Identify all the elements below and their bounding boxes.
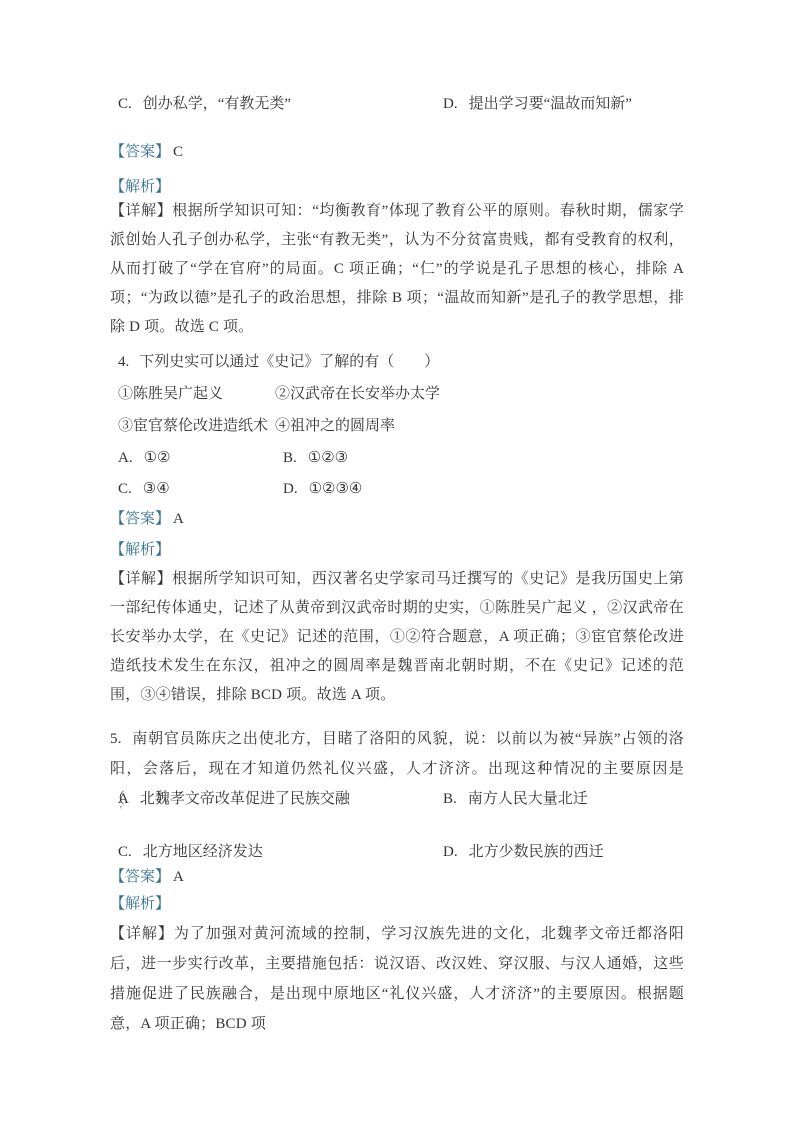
q4-item-4: ④祖冲之的圆周率: [275, 415, 395, 437]
q4-question-text: 下列史实可以通过《史记》了解的有（ ）: [139, 354, 439, 370]
q4-option-a-text: ①②: [144, 450, 171, 466]
q3-answer-label: 【答案】: [110, 144, 170, 160]
q4-option-b-text: ①②③: [308, 450, 348, 466]
q5-option-c-label: C.: [118, 844, 132, 860]
q5-analysis-row: 【解析】: [110, 893, 688, 915]
q5-options-row-ab: A北魏孝文帝改革促进了民族交融 B.南方人民大量北迁: [110, 788, 688, 810]
q5-option-d-label: D.: [443, 844, 458, 860]
q3-analysis-row: 【解析】: [110, 176, 688, 198]
q4-answer-value: A: [173, 511, 184, 527]
q4-number: 4.: [118, 354, 129, 370]
q5-option-b-text: 南方人民大量北迁: [468, 791, 588, 807]
q4-question: 4.下列史实可以通过《史记》了解的有（ ）: [118, 351, 439, 373]
q5-answer-value: A: [173, 869, 184, 885]
q4-options-row-ab: A.①② B.①②③: [110, 447, 688, 469]
q4-option-b: B.①②③: [283, 447, 348, 469]
q4-option-a-label: A.: [118, 450, 133, 466]
q4-question-row: 4.下列史实可以通过《史记》了解的有（ ）: [110, 351, 688, 373]
q4-option-c: C.③④: [118, 478, 170, 500]
q4-option-a: A.①②: [118, 447, 171, 469]
q4-items-row-2: ③宦官蔡伦改进造纸术 ④祖冲之的圆周率: [110, 415, 688, 437]
q5-detail-paragraph: 【详解】为了加强对黄河流域的控制，学习汉族先进的文化，北魏孝文帝迁都洛阳后，进一…: [110, 919, 684, 1039]
q4-option-c-label: C.: [118, 481, 132, 497]
q3-detail-paragraph: 【详解】根据所学知识可知：“均衡教育”体现了教育公平的原则。春秋时期，儒家学派创…: [110, 197, 684, 342]
q5-option-a: A北魏孝文帝改革促进了民族交融: [118, 788, 350, 810]
q3-option-c: C.创办私学，“有教无类”: [118, 93, 291, 115]
q4-option-c-text: ③④: [143, 481, 170, 497]
q4-detail-paragraph: 【详解】根据所学知识可知，西汉著名史学家司马迁撰写的《史记》是我历国史上第一部纪…: [110, 565, 684, 710]
q3-option-d-text: 提出学习要“温故而知新”: [469, 96, 632, 112]
q5-option-d: D.北方少数民族的西迁: [443, 841, 604, 863]
q4-option-b-label: B.: [283, 450, 297, 466]
q4-item-3: ③宦官蔡伦改进造纸术: [118, 415, 268, 437]
q3-option-d-label: D.: [443, 96, 458, 112]
q5-option-c-text: 北方地区经济发达: [143, 844, 263, 860]
q3-answer-row: 【答案】C: [110, 141, 688, 163]
q3-options-row: C.创办私学，“有教无类” D.提出学习要“温故而知新”: [110, 93, 688, 115]
q4-options-row-cd: C.③④ D.①②③④: [110, 478, 688, 500]
q4-item-1: ①陈胜吴广起义: [118, 383, 223, 405]
q3-option-c-text: 创办私学，“有教无类”: [143, 96, 291, 112]
q4-items-row-1: ①陈胜吴广起义 ②汉武帝在长安举办太学: [110, 383, 688, 405]
q4-option-d-label: D.: [283, 481, 298, 497]
q4-analysis-row: 【解析】: [110, 539, 688, 561]
q4-option-d-text: ①②③④: [309, 481, 363, 497]
stray-mark: ': [120, 806, 122, 816]
q5-options-row-cd: C.北方地区经济发达 D.北方少数民族的西迁: [110, 841, 688, 863]
q5-option-c: C.北方地区经济发达: [118, 841, 263, 863]
q5-analysis-label: 【解析】: [110, 896, 170, 912]
q3-answer-value: C: [173, 144, 183, 160]
exam-answer-page: C.创办私学，“有教无类” D.提出学习要“温故而知新” 【答案】C 【解析】 …: [0, 0, 793, 1122]
q3-analysis-label: 【解析】: [110, 179, 170, 195]
q4-analysis-label: 【解析】: [110, 542, 170, 558]
q5-option-d-text: 北方少数民族的西迁: [469, 844, 604, 860]
q5-option-b-label: B.: [443, 791, 457, 807]
q4-option-d: D.①②③④: [283, 478, 362, 500]
q5-answer-row: 【答案】A: [110, 866, 688, 888]
q3-option-c-label: C.: [118, 96, 132, 112]
q5-answer-label: 【答案】: [110, 869, 170, 885]
q4-answer-row: 【答案】A: [110, 508, 688, 530]
q5-option-b: B.南方人民大量北迁: [443, 788, 588, 810]
q5-number: 5.: [110, 731, 122, 747]
q3-option-d: D.提出学习要“温故而知新”: [443, 93, 632, 115]
q4-item-2: ②汉武帝在长安举办太学: [275, 383, 440, 405]
q5-option-a-text: 北魏孝文帝改革促进了民族交融: [140, 791, 350, 807]
q4-answer-label: 【答案】: [110, 511, 170, 527]
